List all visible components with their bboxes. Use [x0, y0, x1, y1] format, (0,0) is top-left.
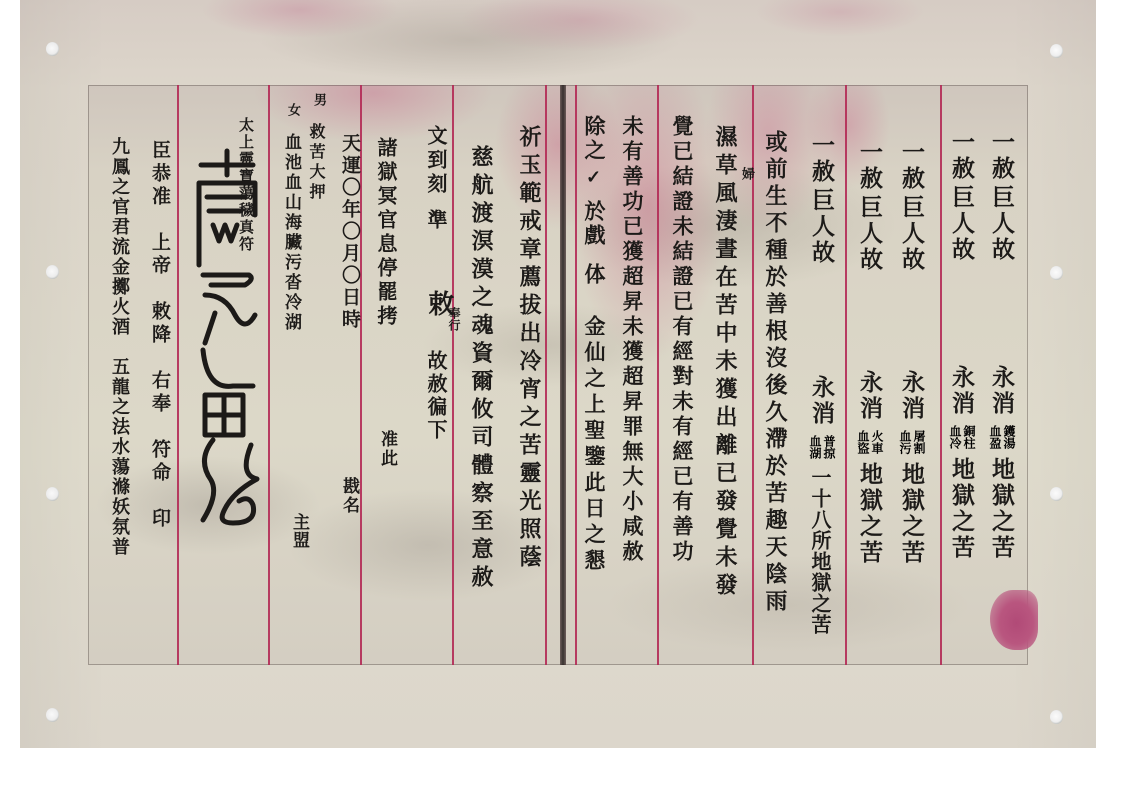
side-note: 婦	[740, 167, 753, 181]
text-column-9: 未有善功已獲超昇未獲超昇罪無大小咸赦	[622, 115, 643, 565]
text-column-2c: 永消	[950, 365, 973, 417]
column-text: 巨人故	[948, 185, 975, 263]
text-column-2b: 巨人故	[950, 185, 973, 263]
note-text: 銅柱	[962, 425, 975, 449]
text-column-3b: 巨人故	[900, 195, 923, 273]
seal-note: 奉行	[448, 307, 460, 331]
text-column-16-head: 男	[312, 93, 325, 107]
text-column-11: 祈玉範戒章薦拔出冷宵之苦靈光照蔭	[518, 125, 540, 573]
text-column-4c: 永消	[858, 370, 881, 422]
text-column-4d: 地獄之苦	[858, 462, 881, 566]
binding-hole-icon	[46, 487, 59, 501]
text-column-10c: 体	[584, 263, 605, 287]
text-column-2: 一赦	[950, 130, 973, 182]
column-text: 一赦	[898, 140, 925, 192]
text-column-20: 九鳳之官君流金擲火酒 五龍之法水蕩滌妖氛普	[110, 137, 128, 557]
text-column-1d: 地獄之苦	[990, 457, 1013, 561]
column-text: 覺已結證未結證已有經對未有經已有善功	[670, 115, 695, 565]
column-text: 濕草風淒晝在苦中未獲出離已發覺未發	[712, 125, 738, 601]
column-text: 地獄之苦	[948, 457, 975, 561]
column-rule	[268, 85, 270, 665]
mark-glyph: ✓	[583, 167, 604, 191]
column-rule	[940, 85, 942, 665]
column-text: 永消	[898, 370, 925, 422]
text-column-13a: 文到刻	[426, 125, 446, 197]
column-text: 上帝	[149, 232, 171, 278]
column-text: 永消	[948, 365, 975, 417]
binding-hole-icon	[1050, 266, 1063, 280]
text-column-19: 臣恭准 上帝 敕降 右奉 符命 印	[150, 140, 169, 531]
text-column-1: 一赦	[990, 130, 1013, 182]
column-text: 一赦	[808, 133, 835, 185]
note-text: 普掠	[822, 435, 835, 459]
binding-hole-icon	[1050, 487, 1063, 501]
note-text: 血湖	[808, 435, 821, 459]
note-text: 血盈	[988, 425, 1001, 449]
note-text: 奉行	[447, 307, 461, 331]
column-rule	[545, 85, 547, 665]
column-text: 天運〇年〇月〇日時	[339, 133, 361, 331]
column-text: 巨人故	[988, 185, 1015, 263]
manuscript-page: 一赦 巨人故 永消 鑊湯血盈 地獄之苦 一赦 巨人故 永消 銅柱血冷 地獄之苦 …	[88, 85, 1028, 665]
column-text: 巨人故	[898, 195, 925, 273]
text-column-4: 一赦	[858, 140, 881, 192]
note-text: 血冷	[948, 425, 961, 449]
note-text: 屠割	[912, 430, 925, 454]
note-text: 血污	[898, 430, 911, 454]
column-text: 祈玉範戒章薦拔出冷宵之苦靈光照蔭	[516, 125, 542, 573]
column-rule	[845, 85, 847, 665]
note-text: 火車	[870, 430, 883, 454]
column-text: 五龍之法水蕩滌妖氛普	[109, 357, 130, 557]
column-text: 体	[582, 263, 607, 287]
text-column-5c: 永消	[810, 375, 833, 427]
column-text: 符命	[149, 439, 171, 485]
column-text: 准此	[377, 430, 397, 468]
note-text: 血盜	[856, 430, 869, 454]
column-text: 一赦	[948, 130, 975, 182]
text-column-5d: 一十八所地獄之苦	[810, 467, 830, 635]
magenta-stain	[990, 590, 1038, 650]
column-rule	[177, 85, 179, 665]
column-text: 慈航渡溟漠之魂資爾攸司體察至意赦	[468, 145, 494, 593]
text-column-5b: 巨人故	[810, 188, 833, 266]
column-text: 金仙之上聖鑒此日之懇	[582, 315, 607, 575]
column-text: 未有善功已獲超昇未獲超昇罪無大小咸赦	[620, 115, 645, 565]
column-text: 永消	[808, 375, 835, 427]
text-column-15: 天運〇年〇月〇日時	[340, 133, 359, 331]
interlinear-note: 屠割血污	[898, 430, 925, 454]
text-column-1b: 巨人故	[990, 185, 1013, 263]
column-text: 女	[285, 103, 300, 117]
column-text: 或前生不種於善根沒後久滯於苦趣天陰雨	[762, 130, 788, 616]
text-column-10b: 於戲	[584, 200, 605, 248]
text-column-6: 或前生不種於善根沒後久滯於苦趣天陰雨	[764, 130, 786, 616]
column-text: 故赦徧下	[424, 350, 448, 442]
column-text: 諸獄冥官息停罷拷	[374, 137, 398, 329]
text-column-14: 諸獄冥官息停罷拷	[376, 137, 396, 329]
text-column-15b: 戡名	[340, 477, 357, 515]
column-text: 一赦	[856, 140, 883, 192]
binding-hole-icon	[46, 265, 59, 279]
column-text: 永消	[856, 370, 883, 422]
column-text: 主盟	[289, 513, 309, 549]
column-text: 印	[149, 508, 171, 531]
text-column-5: 一赦	[810, 133, 833, 185]
column-text: 救苦大押	[307, 123, 326, 203]
column-rule	[657, 85, 659, 665]
text-column-10d: 金仙之上聖鑒此日之懇	[584, 315, 605, 575]
text-column-3d: 地獄之苦	[900, 462, 923, 566]
text-column-17: 血池血山海臟污沓冷湖	[282, 133, 299, 333]
interlinear-note: 銅柱血冷	[948, 425, 975, 449]
interlinear-note: 火車血盜	[856, 430, 883, 454]
column-text: 右奉	[149, 370, 171, 416]
column-text: 九鳳之官君流金擲火酒	[109, 137, 130, 337]
text-column-13b: 準	[426, 209, 446, 232]
column-rule	[452, 85, 454, 665]
column-text: 一赦	[988, 130, 1015, 182]
text-column-10a: 除之	[584, 115, 605, 163]
column-text: 一十八所地獄之苦	[808, 467, 832, 635]
column-text: 地獄之苦	[856, 462, 883, 566]
text-column-13c: 故赦徧下	[426, 350, 446, 442]
text-column-3c: 永消	[900, 370, 923, 422]
column-text: 男	[311, 93, 326, 107]
text-column-8: 覺已結證未結證已有經對未有經已有善功	[672, 115, 693, 565]
column-text: 地獄之苦	[988, 457, 1015, 561]
column-text: 永消	[988, 365, 1015, 417]
column-text: 臣恭准	[149, 140, 171, 209]
column-text: 於戲	[582, 200, 607, 248]
column-text: 文到刻	[424, 125, 448, 197]
check-mark-icon: ✓	[584, 167, 602, 191]
text-column-16b: 主盟	[290, 513, 307, 549]
column-text: 戡名	[339, 477, 359, 515]
text-column-3: 一赦	[900, 140, 923, 192]
binding-hole-icon	[1050, 710, 1063, 724]
binding-hole-icon	[46, 42, 59, 56]
talisman-glyph-icon	[193, 145, 263, 545]
binding-hole-icon	[46, 708, 59, 722]
column-rule	[575, 85, 577, 665]
text-column-17-head: 女	[286, 103, 299, 117]
column-text: 敕降	[149, 301, 171, 347]
interlinear-note: 鑊湯血盈	[988, 425, 1015, 449]
binding-hole-icon	[1050, 44, 1063, 58]
note-text: 婦	[739, 167, 754, 181]
text-column-4b: 巨人故	[858, 195, 881, 273]
note-text: 鑊湯	[1002, 425, 1015, 449]
text-column-14b: 准此	[378, 430, 395, 468]
column-text: 巨人故	[856, 195, 883, 273]
column-text: 地獄之苦	[898, 462, 925, 566]
column-text: 巨人故	[808, 188, 835, 266]
column-text: 準	[424, 209, 448, 232]
text-column-1c: 永消	[990, 365, 1013, 417]
text-column-16: 救苦大押	[308, 123, 324, 203]
column-text: 除之	[582, 115, 607, 163]
interlinear-note: 普掠血湖	[808, 435, 835, 459]
column-text: 血池血山海臟污沓冷湖	[281, 133, 301, 333]
text-column-12: 慈航渡溟漠之魂資爾攸司體察至意赦	[470, 145, 492, 593]
center-gutter-fold	[560, 85, 566, 665]
text-column-7: 濕草風淒晝在苦中未獲出離已發覺未發	[714, 125, 736, 601]
text-column-2d: 地獄之苦	[950, 457, 973, 561]
